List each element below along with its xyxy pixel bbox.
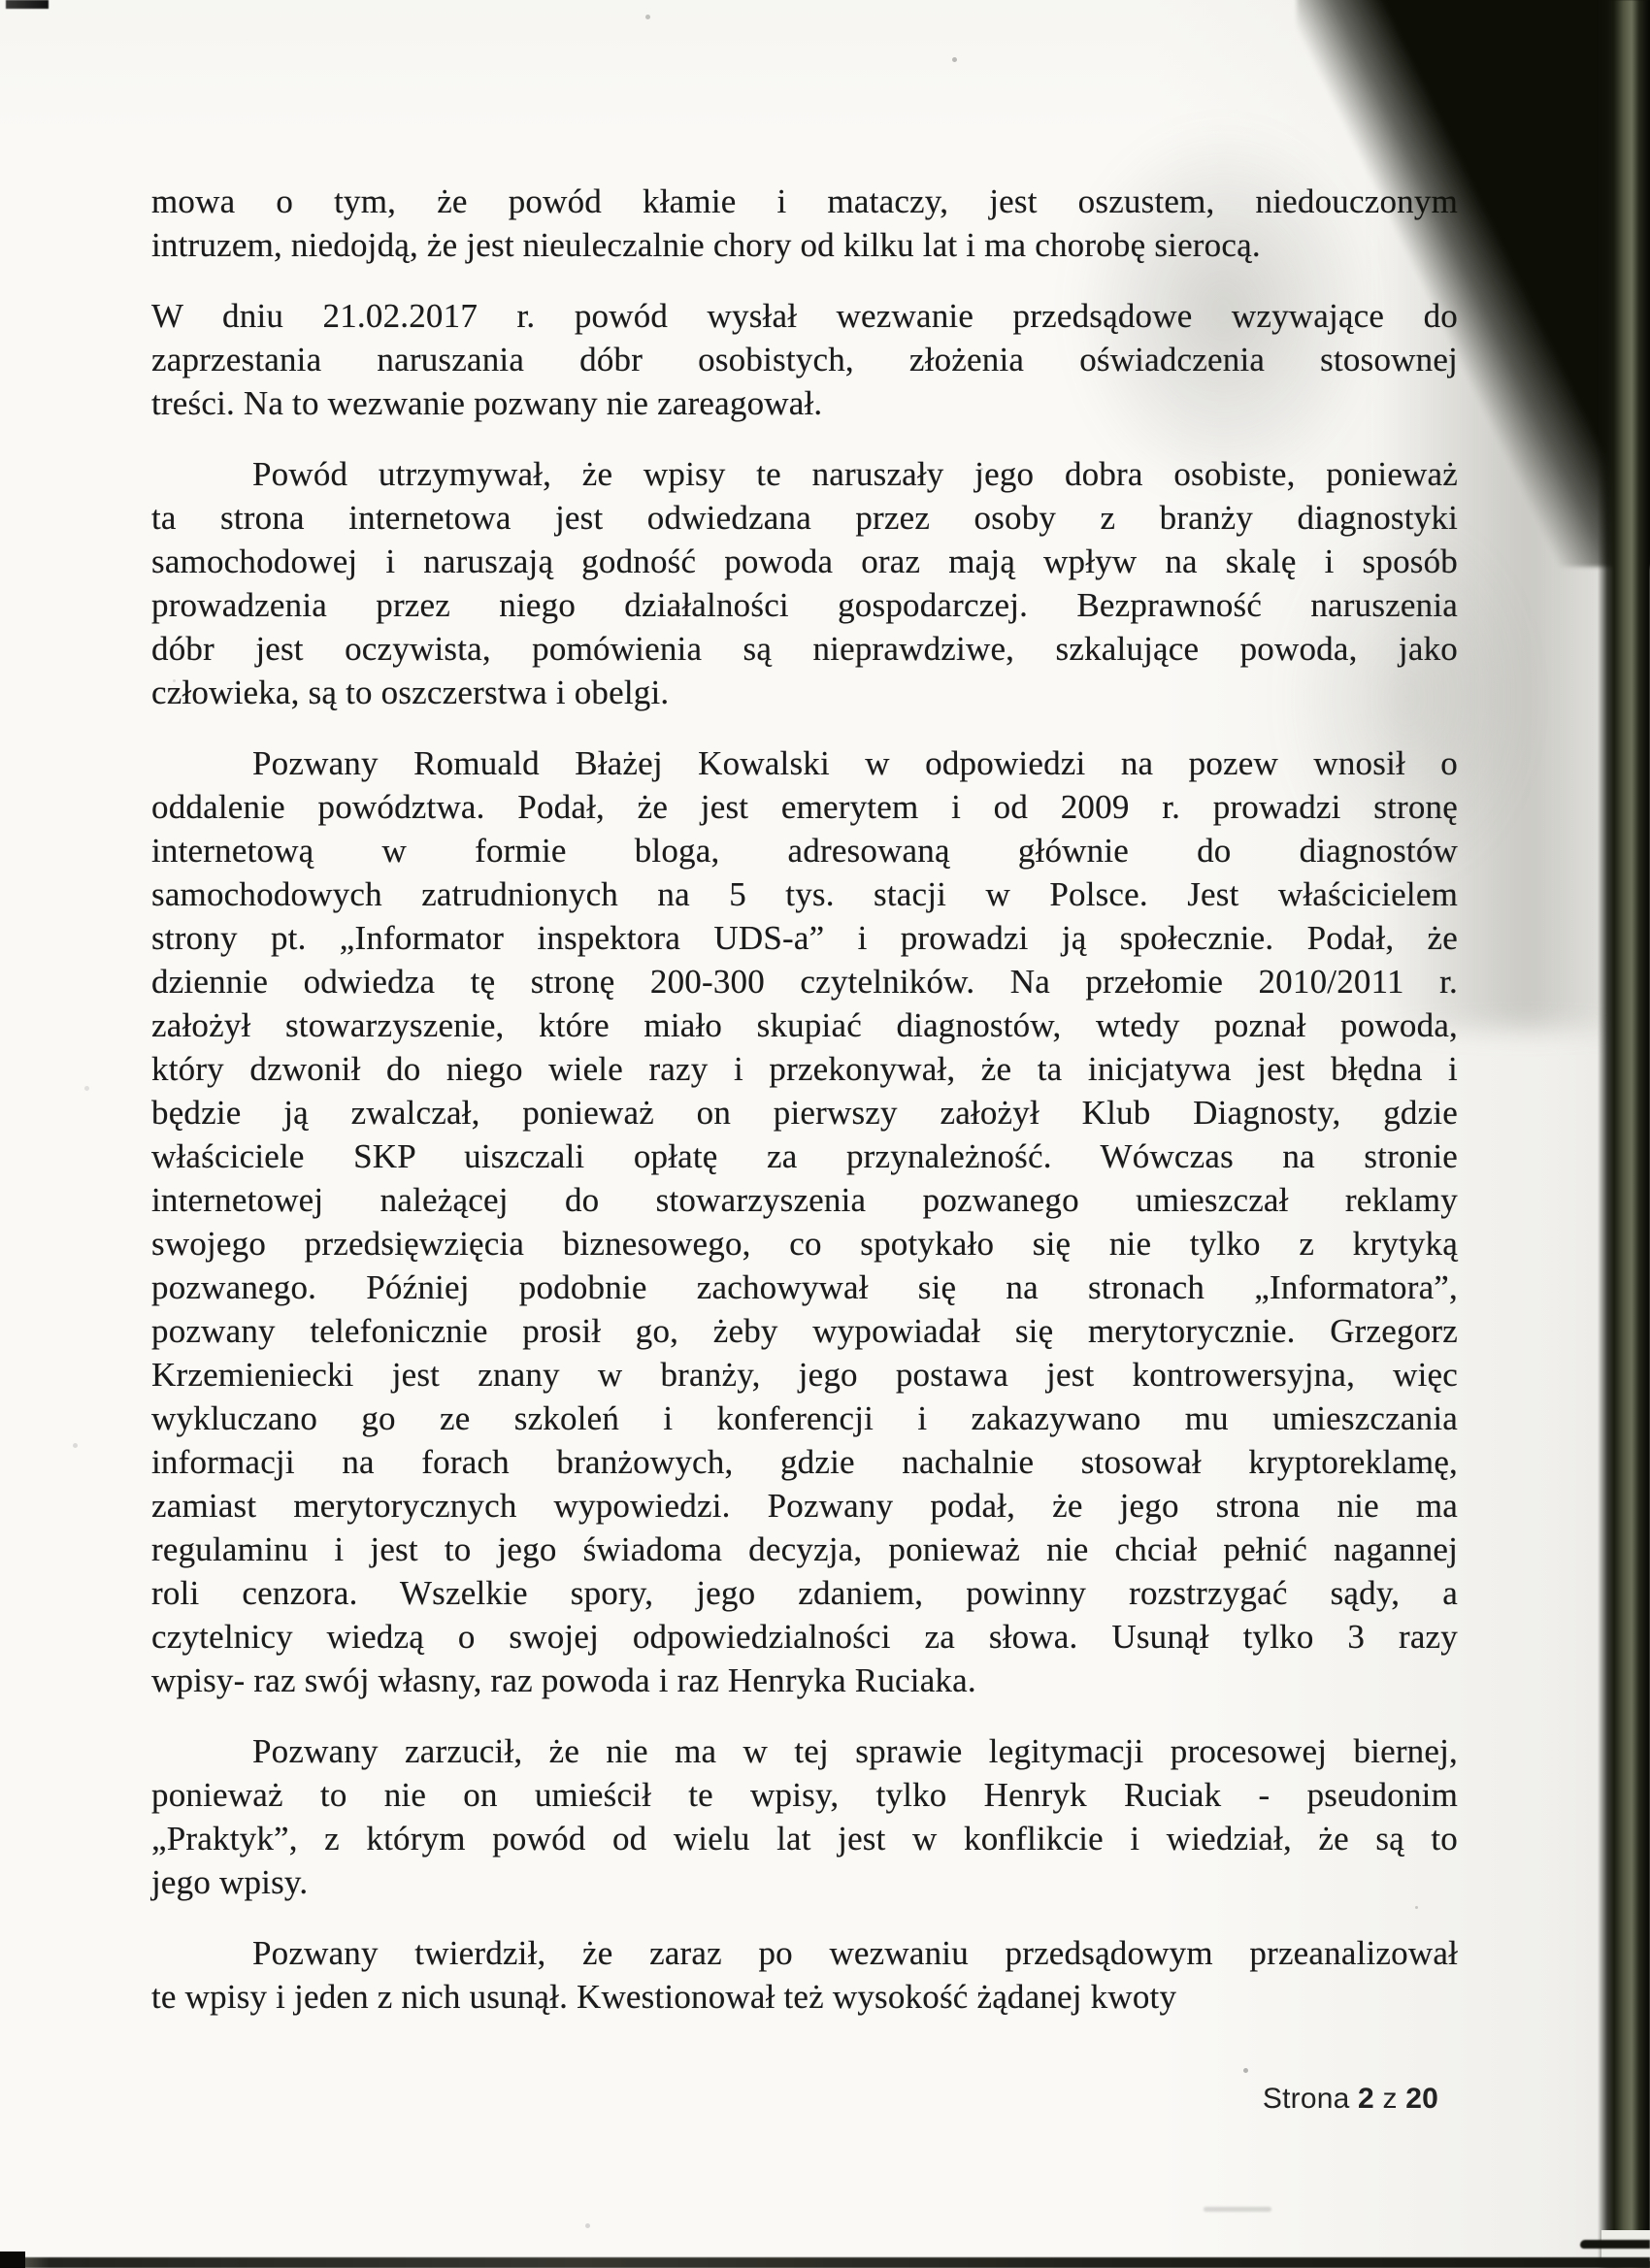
text-line: strony pt. „Informator inspektora UDS-a”… (151, 916, 1458, 960)
text-line: będzie ją zwalczał, ponieważ on pierwszy… (151, 1091, 1458, 1134)
text-line: internetowej należącej do stowarzyszenia… (151, 1178, 1458, 1222)
text-line: regulaminu i jest to jego świadoma decyz… (151, 1528, 1458, 1571)
text-line: ta strona internetowa jest odwiedzana pr… (151, 496, 1458, 540)
footer-label: Strona (1263, 2083, 1350, 2115)
text-line: zaprzestania naruszania dóbr osobistych,… (151, 338, 1458, 381)
paragraph: Pozwany Romuald Błażej Kowalski w odpowi… (151, 714, 1458, 1702)
text-line: zamiast merytorycznych wypowiedzi. Pozwa… (151, 1484, 1458, 1528)
paragraph: W dniu 21.02.2017 r. powód wysłał wezwan… (151, 267, 1458, 425)
text-line: dóbr jest oczywista, pomówienia są niepr… (151, 627, 1458, 671)
text-line: Pozwany Romuald Błażej Kowalski w odpowi… (151, 741, 1458, 785)
text-line: pozwany telefonicznie prosił go, żeby wy… (151, 1309, 1458, 1353)
paragraph: Pozwany twierdził, że zaraz po wezwaniu … (151, 1904, 1458, 2019)
text-line: swojego przedsięwzięcia biznesowego, co … (151, 1222, 1458, 1265)
text-line: roli cenzora. Wszelkie spory, jego zdani… (151, 1571, 1458, 1615)
text-line: Pozwany zarzucił, że nie ma w tej sprawi… (151, 1729, 1458, 1773)
text-line: właściciele SKP uiszczali opłatę za przy… (151, 1134, 1458, 1178)
scan-faint-dash (1204, 2207, 1271, 2212)
text-line: treści. Na to wezwanie pozwany nie zarea… (151, 381, 1458, 425)
text-line: mowa o tym, że powód kłamie i mataczy, j… (151, 180, 1458, 223)
text-line: oddalenie powództwa. Podał, że jest emer… (151, 785, 1458, 829)
paragraph: mowa o tym, że powód kłamie i mataczy, j… (151, 180, 1458, 267)
footer-of-label: z (1382, 2083, 1397, 2115)
text-line: Powód utrzymywał, że wpisy te naruszały … (151, 452, 1458, 496)
text-line: Krzemieniecki jest znany w branży, jego … (151, 1353, 1458, 1397)
text-line: który dzwonił do niego wiele razy i prze… (151, 1047, 1458, 1091)
text-line: dziennie odwiedza tę stronę 200-300 czyt… (151, 960, 1458, 1003)
text-line: wpisy- raz swój własny, raz powoda i raz… (151, 1659, 1458, 1702)
text-line: prowadzenia przez niego działalności gos… (151, 583, 1458, 627)
text-line: informacji na forach branżowych, gdzie n… (151, 1440, 1458, 1484)
footer-page-number: 2 (1358, 2083, 1374, 2115)
scan-mark-top-left (6, 0, 49, 9)
text-line: „Praktyk”, z którym powód od wielu lat j… (151, 1817, 1458, 1860)
text-line: założył stowarzyszenie, które miało skup… (151, 1003, 1458, 1047)
paragraph: Pozwany zarzucił, że nie ma w tej sprawi… (151, 1702, 1458, 1904)
text-line: samochodowych zatrudnionych na 5 tys. st… (151, 872, 1458, 916)
text-line: jego wpisy. (151, 1860, 1458, 1904)
text-line: pozwanego. Później podobnie zachowywał s… (151, 1265, 1458, 1309)
page-footer: Strona 2 z 20 (1263, 2083, 1438, 2116)
text-line: Pozwany twierdził, że zaraz po wezwaniu … (151, 1931, 1458, 1975)
scanned-page: { "colors": { "page_background": "#faf9f… (0, 0, 1650, 2268)
text-line: W dniu 21.02.2017 r. powód wysłał wezwan… (151, 294, 1458, 338)
text-line: czytelnicy wiedzą o swojej odpowiedzialn… (151, 1615, 1458, 1659)
scan-page-corner-line (1580, 2240, 1650, 2249)
footer-total-pages: 20 (1405, 2083, 1438, 2115)
scan-mark-bottom-left (0, 2252, 25, 2268)
text-line: intruzem, niedojdą, że jest nieuleczalni… (151, 223, 1458, 267)
text-line: człowieka, są to oszczerstwa i obelgi. (151, 671, 1458, 714)
scan-page-right-edge (1598, 0, 1650, 2268)
text-line: internetową w formie bloga, adresowaną g… (151, 829, 1458, 872)
document-body: mowa o tym, że powód kłamie i mataczy, j… (151, 180, 1458, 2019)
paragraph: Powód utrzymywał, że wpisy te naruszały … (151, 425, 1458, 714)
scan-shadow-bottom-edge (0, 2257, 1650, 2268)
text-line: samochodowej i naruszają godność powoda … (151, 540, 1458, 583)
text-line: ponieważ to nie on umieścił te wpisy, ty… (151, 1773, 1458, 1817)
text-line: wykluczano go ze szkoleń i konferencji i… (151, 1397, 1458, 1440)
text-line: te wpisy i jeden z nich usunął. Kwestion… (151, 1975, 1458, 2019)
